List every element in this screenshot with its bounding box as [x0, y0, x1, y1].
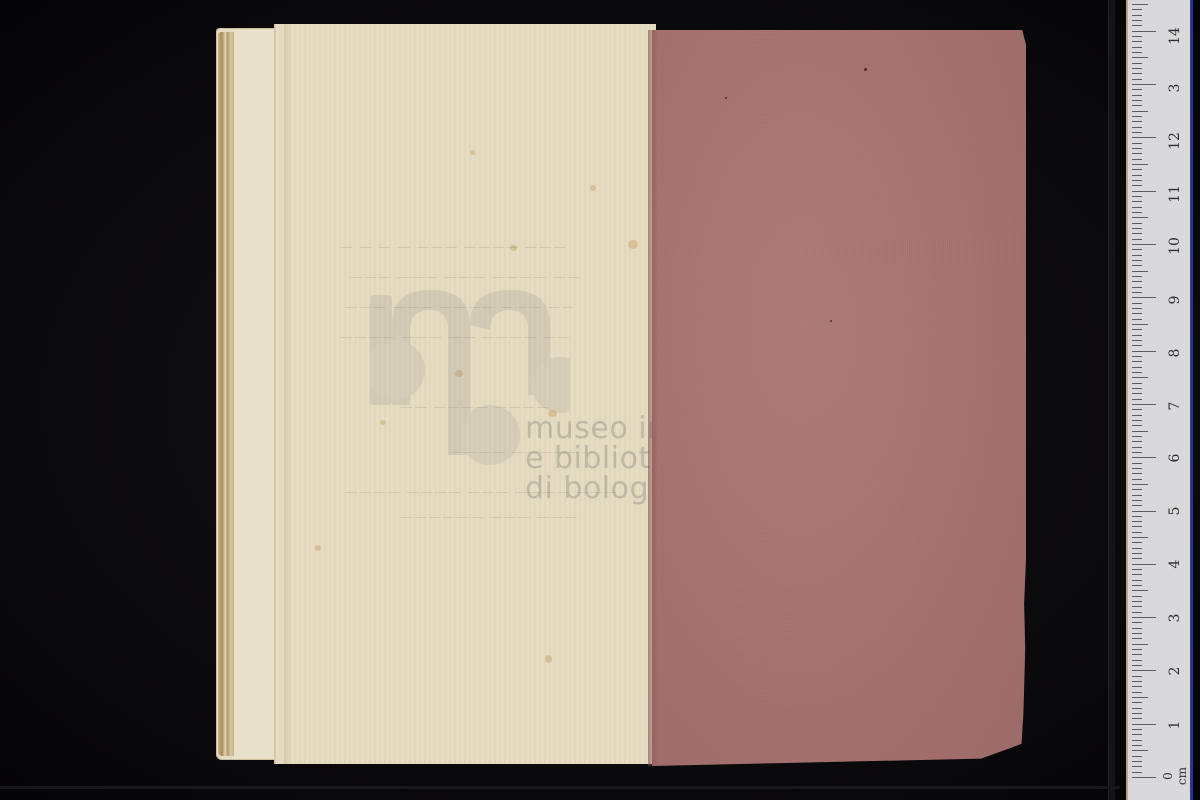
ruler-tick — [1132, 638, 1142, 639]
ruler-tick — [1132, 361, 1142, 362]
ruler-tick — [1132, 463, 1142, 464]
ruler-tick — [1132, 95, 1142, 96]
ruler-tick — [1132, 729, 1142, 730]
ruler-label-9: 9 — [1167, 289, 1183, 311]
ruler-tick — [1132, 175, 1142, 176]
foxing-stain — [590, 185, 596, 191]
ruler-tick — [1132, 617, 1156, 618]
foxing-stain — [315, 545, 321, 551]
ruler-tick — [1132, 36, 1142, 37]
ruler-tick — [1132, 31, 1156, 32]
ruler-tick — [1132, 4, 1148, 5]
ruler-tick — [1132, 313, 1142, 314]
ruler-tick — [1132, 297, 1156, 298]
ruler-tick — [1132, 580, 1142, 581]
ruler-tick — [1132, 628, 1142, 629]
ruler-label-11: 11 — [1167, 183, 1183, 205]
ruler-tick — [1132, 68, 1142, 69]
ruler-tick — [1132, 436, 1142, 437]
ruler-tick — [1132, 473, 1142, 474]
ruler-tick — [1132, 329, 1142, 330]
ruler-tick — [1132, 212, 1142, 213]
ruler-tick — [1132, 670, 1156, 671]
ruler-tick — [1132, 201, 1142, 202]
ruler-tick — [1132, 585, 1142, 586]
ruler-tick — [1132, 207, 1142, 208]
ruler-tick — [1132, 239, 1142, 240]
cover-speck — [830, 320, 832, 322]
cover-spine-shadow — [648, 30, 658, 766]
ruler-tick — [1132, 244, 1156, 245]
ruler-tick — [1132, 750, 1148, 751]
ruler-tick — [1132, 191, 1156, 192]
ruler-tick — [1132, 351, 1156, 352]
ruler-tick — [1132, 164, 1148, 165]
ruler-tick — [1132, 260, 1142, 261]
ruler-tick — [1132, 756, 1142, 757]
ruler-tick — [1132, 548, 1142, 549]
ruler-tick — [1132, 516, 1142, 517]
ruler-tick — [1132, 681, 1142, 682]
watermark-line-1: museo in — [525, 415, 652, 443]
ruler-tick — [1132, 420, 1142, 421]
ruler-tick — [1132, 734, 1142, 735]
ruler-tick — [1132, 505, 1142, 506]
ruler-tick — [1132, 255, 1142, 256]
ruler-tick — [1132, 500, 1142, 501]
ruler-tick — [1132, 356, 1142, 357]
ruler-tick — [1132, 63, 1142, 64]
ruler-tick — [1132, 116, 1142, 117]
foxing-stain — [470, 150, 475, 155]
ruler-label-6: 6 — [1167, 447, 1183, 469]
ruler-tick — [1132, 479, 1142, 480]
ruler-tick — [1132, 521, 1142, 522]
watermark-line-2: e bibliotec — [525, 445, 652, 473]
ruler-tick — [1132, 25, 1142, 26]
ruler-tick — [1132, 303, 1142, 304]
watermark-line-3: di bologn — [525, 475, 652, 503]
frame-bottom-edge — [0, 786, 1120, 789]
ruler-tick — [1132, 558, 1142, 559]
ruler-label-13: 3 — [1167, 77, 1183, 99]
cover-texture — [652, 30, 1026, 766]
ruler-tick — [1132, 57, 1148, 58]
leaf-fold-shadow — [284, 24, 292, 764]
ruler-tick — [1132, 697, 1148, 698]
ruler-tick — [1132, 740, 1142, 741]
ruler-tick — [1132, 52, 1142, 53]
ruler-tick — [1132, 596, 1142, 597]
ruler-tick — [1132, 265, 1142, 266]
ruler-tick — [1132, 41, 1142, 42]
bleed-through-text: ——— ——— ——— ———— —— — [350, 270, 581, 285]
ruler-tick — [1132, 271, 1148, 272]
ruler-tick — [1132, 772, 1142, 773]
ruler-tick — [1132, 649, 1142, 650]
ruler-tick — [1132, 233, 1142, 234]
foxing-stain — [545, 655, 552, 663]
bleed-through-text: — — — — ——— ———— ——— — [340, 240, 567, 255]
ruler-tick — [1132, 766, 1142, 767]
ruler-label-0: 0 cm — [1161, 765, 1189, 787]
ruler-tick — [1132, 73, 1142, 74]
ruler-tick — [1132, 20, 1142, 21]
ruler-tick — [1132, 132, 1142, 133]
ruler-tick — [1132, 319, 1142, 320]
ruler-tick — [1132, 345, 1142, 346]
ruler-label-12: 12 — [1167, 130, 1183, 152]
ruler-tick — [1132, 399, 1142, 400]
ruler-tick — [1132, 686, 1142, 687]
ruler-tick — [1132, 590, 1148, 591]
ruler-tick — [1132, 542, 1142, 543]
ruler-tick — [1132, 393, 1142, 394]
ruler-tick — [1132, 564, 1156, 565]
ruler-tick — [1132, 281, 1142, 282]
watermark-text-block: museo in e bibliotec di bologn — [500, 405, 652, 515]
ruler-tick — [1132, 404, 1156, 405]
ruler-tick — [1132, 228, 1142, 229]
scale-ruler: 0 cm 1 2 3 4 5 6 7 8 9 10 11 12 3 14 — [1126, 0, 1193, 800]
ruler-tick — [1132, 217, 1148, 218]
ruler-tick — [1132, 692, 1142, 693]
ruler-tick — [1132, 713, 1142, 714]
ruler-tick — [1132, 9, 1142, 10]
ruler-tick — [1132, 612, 1142, 613]
ruler-label-1: 1 — [1167, 714, 1183, 736]
ruler-tick — [1132, 89, 1142, 90]
ruler-tick — [1132, 457, 1156, 458]
ruler-tick — [1132, 654, 1142, 655]
ruler-label-14: 14 — [1167, 25, 1183, 47]
ruler-tick — [1132, 761, 1142, 762]
ruler-tick — [1132, 633, 1142, 634]
ruler-tick — [1132, 388, 1142, 389]
ruler-tick — [1132, 383, 1142, 384]
ruler-tick — [1132, 377, 1148, 378]
ruler-tick — [1132, 622, 1142, 623]
ruler-tick — [1132, 324, 1148, 325]
ruler-label-10: 10 — [1167, 235, 1183, 257]
ruler-tick — [1132, 569, 1142, 570]
ruler-tick — [1132, 468, 1142, 469]
ruler-tick — [1132, 335, 1142, 336]
ruler-tick — [1132, 84, 1156, 85]
cover-speck — [725, 97, 727, 99]
ruler-tick — [1132, 276, 1142, 277]
ruler-tick — [1132, 553, 1142, 554]
ruler-label-3: 3 — [1167, 607, 1183, 629]
ruler-tick — [1132, 15, 1142, 16]
ruler-tick — [1132, 47, 1142, 48]
frame-edge — [1108, 0, 1115, 800]
ruler-tick — [1132, 169, 1142, 170]
ruler-tick — [1132, 111, 1148, 112]
ruler-tick — [1132, 724, 1156, 725]
ruler-tick — [1132, 143, 1142, 144]
ruler-tick — [1132, 644, 1148, 645]
ruler-tick — [1132, 745, 1142, 746]
ruler-tick — [1132, 489, 1142, 490]
ruler-tick — [1132, 308, 1142, 309]
ruler-tick — [1132, 574, 1142, 575]
ruler-tick — [1132, 196, 1142, 197]
ruler-tick — [1132, 185, 1142, 186]
ruler-tick — [1132, 511, 1156, 512]
ruler-tick — [1132, 676, 1142, 677]
page-fore-edge — [218, 32, 234, 756]
ruler-tick — [1132, 153, 1142, 154]
ruler-tick — [1132, 249, 1142, 250]
ruler-tick — [1132, 105, 1142, 106]
ruler-tick — [1132, 79, 1142, 80]
ruler-tick — [1132, 137, 1156, 138]
ruler-tick — [1132, 287, 1142, 288]
ruler-tick — [1132, 127, 1142, 128]
ruler-tick — [1132, 415, 1142, 416]
ruler-tick — [1132, 367, 1142, 368]
ruler-label-7: 7 — [1167, 395, 1183, 417]
ruler-tick — [1132, 409, 1142, 410]
ruler-tick — [1132, 100, 1142, 101]
ruler-tick — [1132, 425, 1142, 426]
foxing-stain — [628, 240, 638, 249]
ruler-tick — [1132, 180, 1142, 181]
ruler-label-5: 5 — [1167, 500, 1183, 522]
ruler-tick — [1132, 708, 1142, 709]
ruler-tick — [1132, 372, 1142, 373]
ruler-label-4: 4 — [1167, 553, 1183, 575]
ruler-tick — [1132, 526, 1142, 527]
ruler-tick — [1132, 702, 1142, 703]
ruler-tick — [1132, 159, 1142, 160]
ruler-tick — [1132, 484, 1148, 485]
ruler-tick — [1132, 606, 1142, 607]
ruler-tick — [1132, 718, 1142, 719]
ruler-label-8: 8 — [1167, 342, 1183, 364]
ruler-tick — [1132, 532, 1142, 533]
ruler-tick — [1132, 292, 1142, 293]
cover-speck — [864, 68, 867, 71]
ruler-tick — [1132, 452, 1142, 453]
ruler-tick — [1132, 223, 1142, 224]
ruler-tick — [1132, 148, 1142, 149]
ruler-tick — [1132, 431, 1148, 432]
ruler-tick — [1132, 660, 1142, 661]
ruler-tick — [1132, 495, 1142, 496]
ruler-tick — [1132, 777, 1156, 778]
ruler-tick — [1132, 447, 1142, 448]
ruler-tick — [1132, 537, 1148, 538]
ruler-tick — [1132, 441, 1142, 442]
ruler-tick — [1132, 601, 1142, 602]
ruler-tick — [1132, 340, 1142, 341]
ruler-tick — [1132, 665, 1142, 666]
ruler-tick — [1132, 121, 1142, 122]
ruler-label-2: 2 — [1167, 660, 1183, 682]
